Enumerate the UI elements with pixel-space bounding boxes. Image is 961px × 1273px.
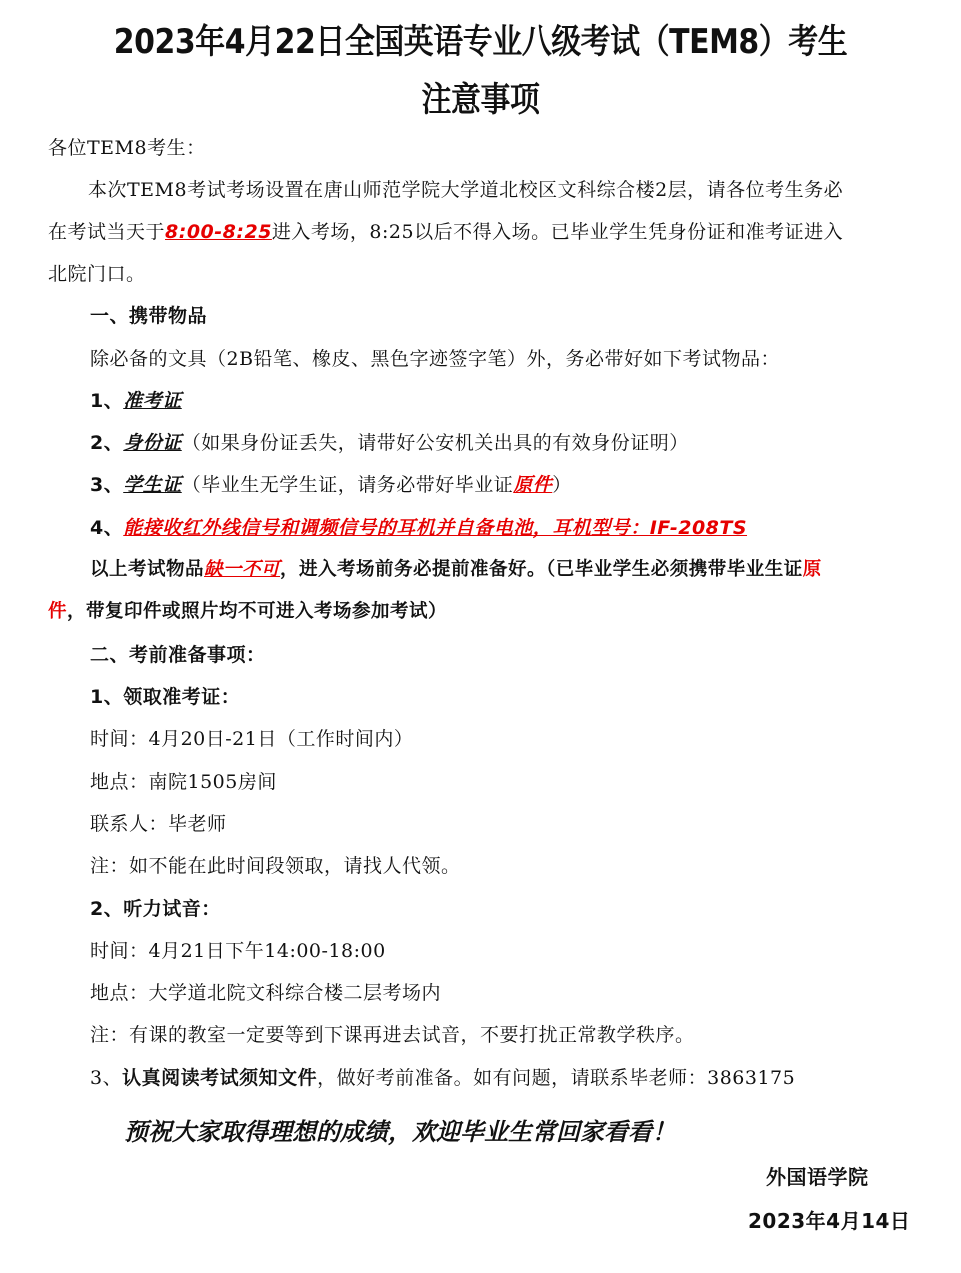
sub2-time: 时间：4月21日下午14:00-18:00 [90,936,386,963]
item-4: 4、能接收红外线信号和调频信号的耳机并自备电池，耳机型号：IF-208TS [90,513,747,540]
intro-line-3: 北院门口。 [48,259,146,286]
item-3: 3、学生证（毕业生无学生证，请务必带好毕业证原件） [90,470,572,497]
page-title-line1: 2023年4月22日全国英语专业八级考试（TEM8）考生 [58,14,904,63]
item-name: 身份证 [123,432,182,454]
section1-desc: 除必备的文具（2B铅笔、橡皮、黑色字迹签字笔）外，务必带好如下考试物品： [90,344,780,371]
item-note: （如果身份证丢失，请带好公安机关出具的有效身份证明） [182,432,689,454]
sub1-note: 注：如不能在此时间段领取，请找人代领。 [90,851,461,878]
sub1-heading: 1、领取准考证： [90,682,240,709]
sub1-place: 地点：南院1505房间 [90,767,277,794]
signature-org: 外国语学院 [766,1161,869,1190]
item-name: 能接收红外线信号和调频信号的耳机并自备电池，耳机型号：IF-208TS [123,517,747,539]
section2-heading: 二、考前准备事项： [90,640,266,667]
intro-line-1: 本次TEM8考试考场设置在唐山师范学院大学道北校区文科综合楼2层，请各位考生务必 [88,175,843,202]
intro-text: 在考试当天于 [48,221,165,243]
sub3-line: 3、认真阅读考试须知文件，做好考前准备。如有问题，请联系毕老师：3863175 [90,1063,795,1090]
page-title-line2: 注意事项 [58,72,904,121]
warning-line-2: 件，带复印件或照片均不可进入考场参加考试） [48,597,447,623]
sub2-heading: 2、听力试音： [90,894,221,921]
item-name: 准考证 [123,390,182,412]
sub2-note: 注：有课的教室一定要等到下课再进去试音，不要打扰正常教学秩序。 [90,1020,695,1047]
intro-line-2: 在考试当天于8:00-8:25进入考场，8:25以后不得入场。已毕业学生凭身份证… [48,217,843,244]
sub2-place: 地点：大学道北院文科综合楼二层考场内 [90,978,441,1005]
intro-text: 进入考场，8:25以后不得入场。已毕业学生凭身份证和准考证进入 [272,221,843,243]
sub1-time: 时间：4月20日-21日（工作时间内） [90,724,413,751]
sub1-contact: 联系人：毕老师 [90,809,227,836]
closing-message: 预祝大家取得理想的成绩，欢迎毕业生常回家看看！ [124,1112,676,1147]
item-2: 2、身份证（如果身份证丢失，请带好公安机关出具的有效身份证明） [90,428,689,455]
signature-date: 2023年4月14日 [748,1205,910,1234]
entry-time: 8:00-8:25 [165,221,272,243]
item-1: 1、准考证 [90,386,182,413]
item-name: 学生证 [123,474,182,496]
warning-line-1: 以上考试物品缺一不可，进入考场前务必提前准备好。（已毕业学生必须携带毕业生证原 [90,555,822,581]
greeting: 各位TEM8考生： [48,133,206,160]
section1-heading: 一、携带物品 [90,301,207,328]
